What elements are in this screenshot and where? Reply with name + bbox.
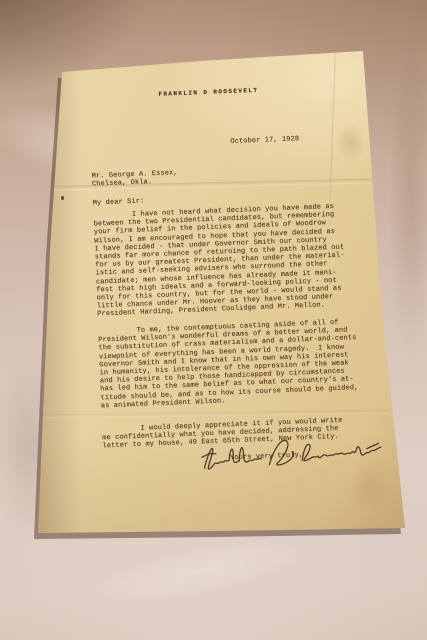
recipient-city: Chelsea, Okla. xyxy=(92,178,152,188)
ink-speck xyxy=(61,196,64,200)
body-paragraph-2: To me, the contemptuous casting aside of… xyxy=(98,318,359,410)
letter-text: FRANKLIN D ROOSEVELT October 17, 1928 Mr… xyxy=(78,74,395,526)
body-paragraph-1: I have not heard what decision you have … xyxy=(93,202,347,319)
photograph-of-letter: FRANKLIN D ROOSEVELT October 17, 1928 Mr… xyxy=(0,0,427,640)
salutation: My dear Sir: xyxy=(93,197,145,207)
fabric-wrinkle xyxy=(78,526,322,617)
signature-franklin-d-roosevelt xyxy=(198,428,390,480)
fabric-wrinkle xyxy=(388,40,427,360)
letter-paper: FRANKLIN D ROOSEVELT October 17, 1928 Mr… xyxy=(0,0,427,640)
date-line: October 17, 1928 xyxy=(230,135,299,146)
letterhead: FRANKLIN D ROOSEVELT xyxy=(78,84,338,101)
